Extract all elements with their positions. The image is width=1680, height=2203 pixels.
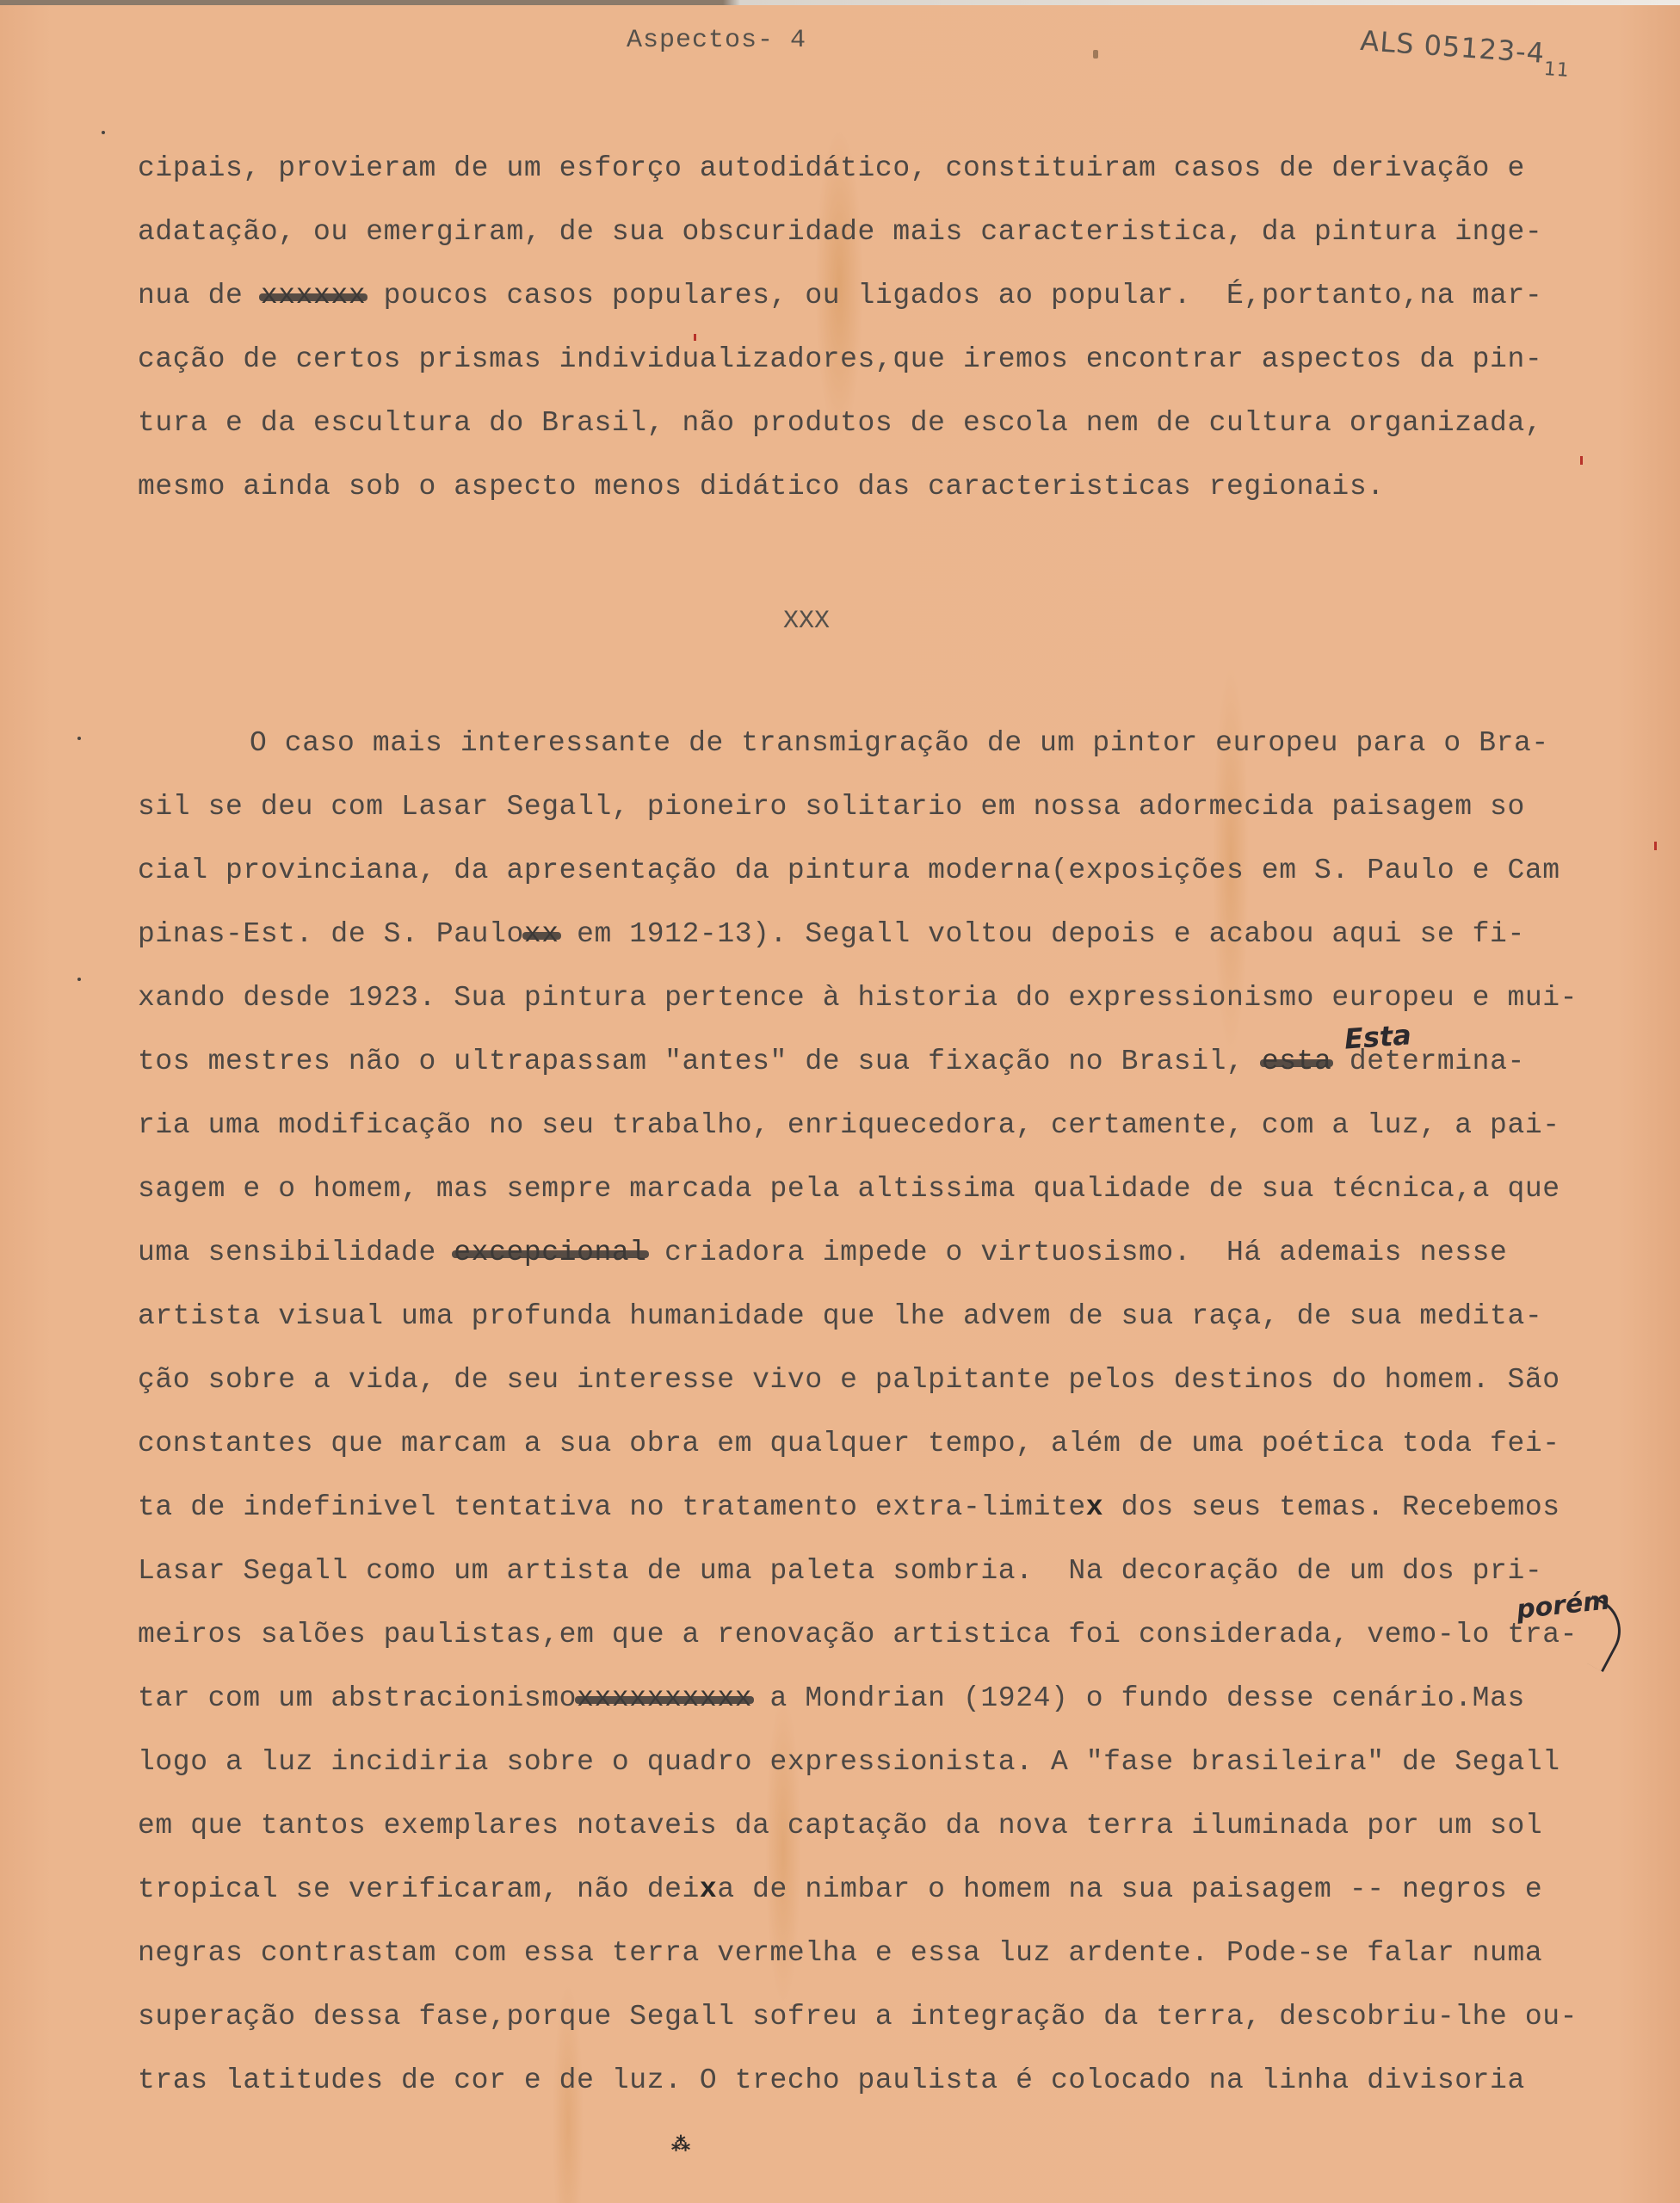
text-line: cial provinciana, da apresentação da pin… <box>138 854 1652 888</box>
margin-speck <box>77 978 81 981</box>
text-line: pinas-Est. de S. Pauloxx em 1912-13). Se… <box>138 917 1652 952</box>
text-line: ta de indefinivel tentativa no tratament… <box>138 1490 1652 1525</box>
text-line-indented: O caso mais interessante de transmigraçã… <box>250 726 1680 761</box>
section-separator: XXX <box>783 607 830 636</box>
text-segment: a Mondrian (1924) o fundo desse cenário.… <box>752 1682 1525 1714</box>
text-line: Lasar Segall como um artista de uma pale… <box>138 1554 1652 1589</box>
text-line: sil se deu com Lasar Segall, pioneiro so… <box>138 790 1652 824</box>
text-segment: nua de <box>138 280 261 312</box>
overtyped-character: x <box>700 1873 717 1905</box>
text-line: constantes que marcam a sua obra em qual… <box>138 1427 1652 1461</box>
text-line: ria uma modificação no seu trabalho, enr… <box>138 1108 1652 1143</box>
text-line: ção sobre a vida, de seu interesse vivo … <box>138 1363 1652 1398</box>
text-segment: criadora impede o virtuosismo. Há ademai… <box>647 1237 1508 1268</box>
text-line: artista visual uma profunda humanidade q… <box>138 1299 1652 1334</box>
text-line: cipais, provieram de um esforço autodidá… <box>138 151 1652 186</box>
text-segment: a de nimbar o homem na sua paisagem -- n… <box>717 1873 1542 1905</box>
struck-out-text: excepcional <box>454 1236 646 1270</box>
margin-speck <box>102 131 105 134</box>
text-segment: em 1912-13). Segall voltou depois e acab… <box>559 918 1525 950</box>
page-header-title: Aspectos- 4 <box>627 26 806 55</box>
handwritten-annotation-esta: Esta <box>1343 1018 1412 1055</box>
text-line: mesmo ainda sob o aspecto menos didático… <box>138 470 1652 504</box>
text-line: tras latitudes de cor e de luz. O trecho… <box>138 2064 1652 2098</box>
catalog-id-fraction: 11 <box>1543 59 1571 82</box>
text-line: sagem e o homem, mas sempre marcada pela… <box>138 1172 1652 1206</box>
text-segment: pinas-Est. de S. Paulo <box>138 918 524 950</box>
struck-out-text: xxxxxxxxxx <box>577 1682 752 1716</box>
text-line: nua de xxxxxx poucos casos populares, ou… <box>138 279 1652 313</box>
struck-out-text: xxxxxx <box>261 279 366 313</box>
overtyped-character: x <box>1086 1491 1103 1523</box>
text-segment: tropical se verificaram, não dei <box>138 1873 700 1905</box>
text-line: tos mestres não o ultrapassam "antes" de… <box>138 1045 1652 1079</box>
struck-out-text: xx <box>524 917 559 952</box>
paper-speck <box>1093 50 1098 59</box>
text-segment: uma sensibilidade <box>138 1237 454 1268</box>
text-segment: dos seus temas. Recebemos <box>1103 1491 1560 1523</box>
text-line: tar com um abstracionismoxxxxxxxxxx a Mo… <box>138 1682 1652 1716</box>
red-ink-mark <box>694 334 696 341</box>
text-segment: poucos casos populares, ou ligados ao po… <box>366 280 1542 312</box>
scan-top-edge <box>0 0 1680 5</box>
text-line: tropical se verificaram, não deixa de ni… <box>138 1873 1652 1907</box>
bottom-ink-blot: ⁂ <box>671 2134 690 2157</box>
text-line: meiros salões paulistas,em que a renovaç… <box>138 1618 1652 1652</box>
text-segment: tar com um abstracionismo <box>138 1682 577 1714</box>
text-line: logo a luz incidiria sobre o quadro expr… <box>138 1745 1652 1780</box>
text-line: tura e da escultura do Brasil, não produ… <box>138 406 1652 441</box>
margin-speck <box>77 737 81 740</box>
struck-out-text: esta <box>1262 1045 1332 1079</box>
text-segment: ta de indefinivel tentativa no tratament… <box>138 1491 1086 1523</box>
red-ink-mark <box>1580 456 1583 465</box>
text-line: negras contrastam com essa terra vermelh… <box>138 1936 1652 1971</box>
text-segment: tos mestres não o ultrapassam "antes" de… <box>138 1046 1262 1077</box>
text-line: xando desde 1923. Sua pintura pertence à… <box>138 981 1652 1015</box>
text-line: uma sensibilidade excepcional criadora i… <box>138 1236 1652 1270</box>
text-line: em que tantos exemplares notaveis da cap… <box>138 1809 1652 1843</box>
text-line: superação dessa fase,porque Segall sofre… <box>138 2000 1652 2034</box>
text-line: cação de certos prismas individualizador… <box>138 342 1652 377</box>
red-ink-mark <box>1654 842 1657 850</box>
text-line: adatação, ou emergiram, de sua obscurida… <box>138 215 1652 250</box>
